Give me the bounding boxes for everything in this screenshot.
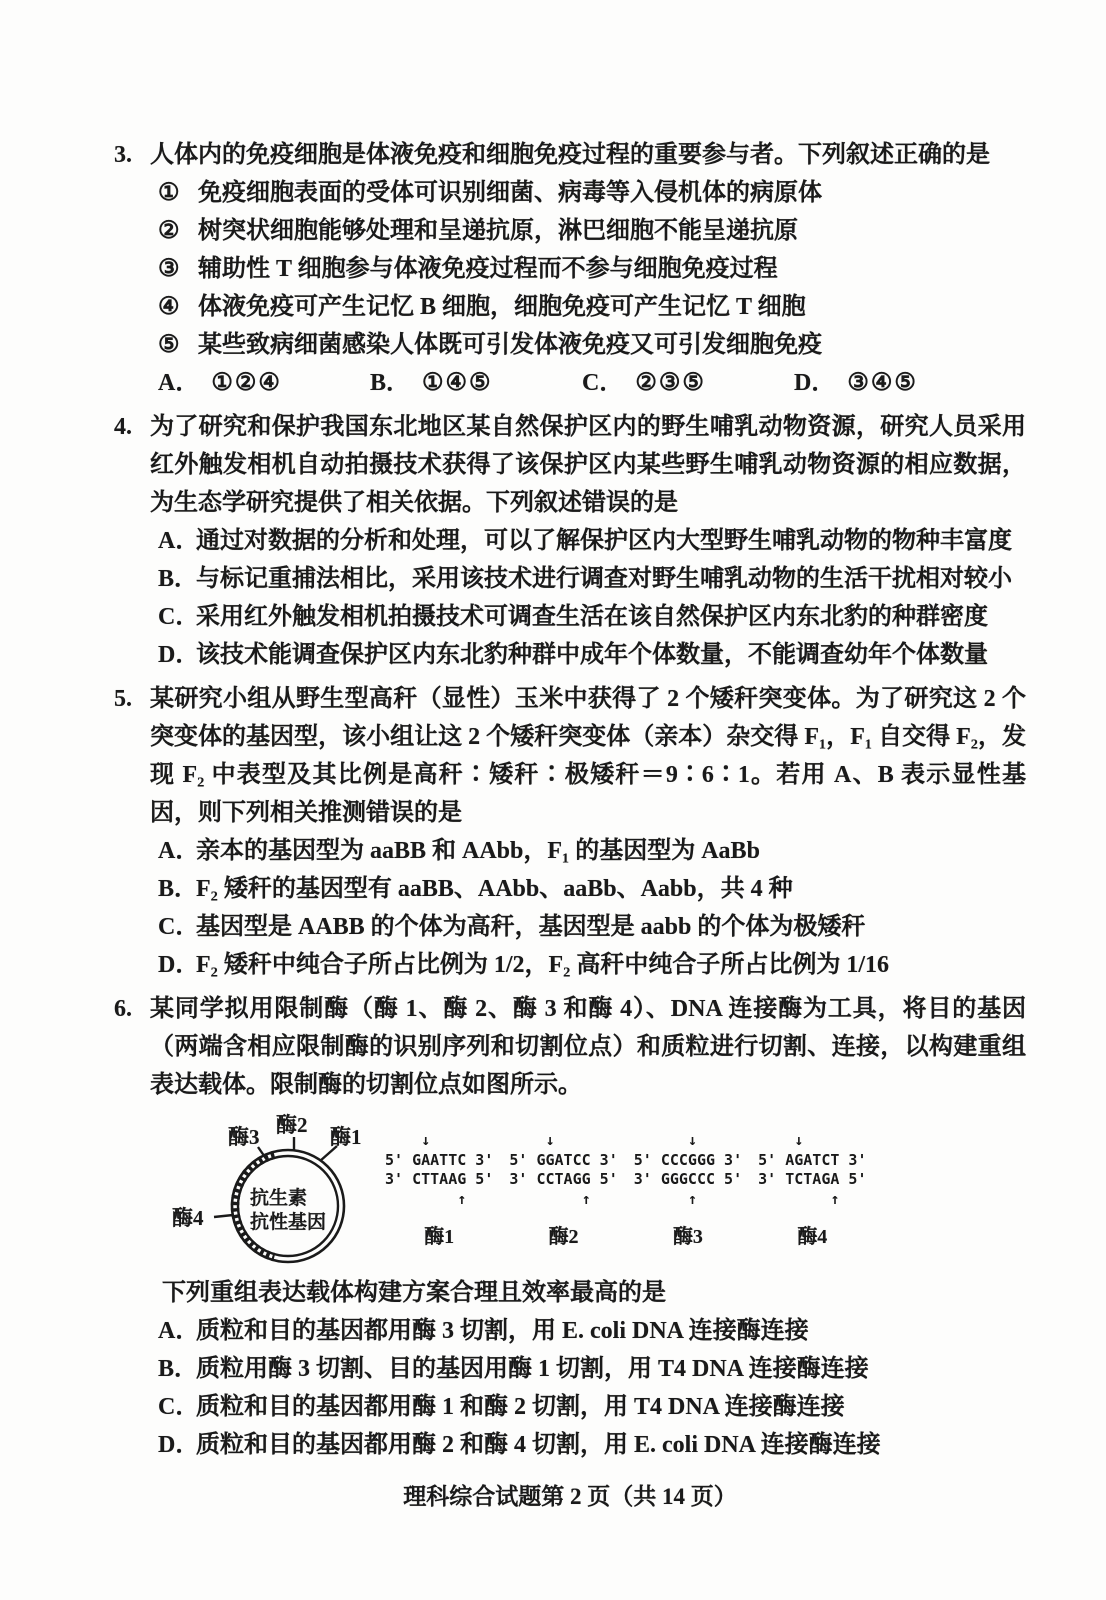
choice-text: 与标记重捕法相比，采用该技术进行调查对野生哺乳动物的生活干扰相对较小 bbox=[196, 560, 1026, 598]
item-text: 辅助性 T 细胞参与体液免疫过程而不参与细胞免疫过程 bbox=[198, 250, 1026, 288]
choice-letter: A． bbox=[158, 522, 196, 560]
choice-text: ③④⑤ bbox=[847, 364, 918, 402]
choice-letter: D． bbox=[158, 636, 196, 674]
enzyme3-site: ↓ 5' CCCGGG 3' 3' GGGCCC 5' ↑ 酶3 bbox=[634, 1130, 742, 1256]
statement-item: ②树突状细胞能够处理和呈递抗原，淋巴细胞不能呈递抗原 bbox=[114, 212, 1026, 250]
plasmid-diagram: 酶3 酶2 酶1 酶4 抗生素 抗性基因 bbox=[170, 1104, 375, 1274]
enzyme3-label: 酶3 bbox=[228, 1125, 260, 1149]
item-marker: ⑤ bbox=[158, 326, 198, 364]
enzyme4-leader-line bbox=[214, 1215, 233, 1217]
cut-site-up-arrow: ↑ bbox=[758, 1189, 866, 1210]
choice-letter: A． bbox=[158, 1312, 196, 1350]
choice-a: A．质粒和目的基因都用酶 3 切割，用 E. coli DNA 连接酶连接 bbox=[114, 1312, 1026, 1350]
cut-site-down-arrow: ↓ bbox=[385, 1130, 493, 1151]
page-footer: 理科综合试题第 2 页（共 14 页） bbox=[114, 1478, 1026, 1516]
choice-letter: C． bbox=[158, 908, 196, 946]
question-stem-text: 为了研究和保护我国东北地区某自然保护区内的野生哺乳动物资源，研究人员采用红外触发… bbox=[150, 408, 1026, 522]
question-3: 3.人体内的免疫细胞是体液免疫和细胞免疫过程的重要参与者。下列叙述正确的是 ①免… bbox=[114, 136, 1026, 402]
enzyme-name: 酶1 bbox=[385, 1218, 493, 1256]
choice-text: 该技术能调查保护区内东北豹种群中成年个体数量，不能调查幼年个体数量 bbox=[196, 636, 1026, 674]
choice-text: F₂ 矮秆的基因型有 aaBB、AAbb、aaBb、Aabb，共 4 种 bbox=[196, 870, 1026, 908]
bottom-strand: 3' TCTAGA 5' bbox=[758, 1170, 866, 1189]
choice-text: 基因型是 AABB 的个体为高秆，基因型是 aabb 的个体为极矮秆 bbox=[196, 908, 1026, 946]
choice-letter: A． bbox=[158, 364, 199, 402]
choice-letter: C． bbox=[158, 598, 196, 636]
question-stem-text: 某研究小组从野生型高秆（显性）玉米中获得了 2 个矮秆突变体。为了研究这 2 个… bbox=[150, 680, 1026, 832]
enzyme-name: 酶3 bbox=[634, 1218, 742, 1256]
choice-text: 质粒和目的基因都用酶 1 和酶 2 切割，用 T4 DNA 连接酶连接 bbox=[196, 1388, 1026, 1426]
choice-letter: A． bbox=[158, 832, 196, 870]
item-marker: ① bbox=[158, 174, 198, 212]
choice-row: A．①②④ B．①④⑤ C．②③⑤ D．③④⑤ bbox=[114, 364, 1026, 402]
choice-text: 通过对数据的分析和处理，可以了解保护区内大型野生哺乳动物的物种丰富度 bbox=[196, 522, 1026, 560]
choice-text: 质粒和目的基因都用酶 3 切割，用 E. coli DNA 连接酶连接 bbox=[196, 1312, 1026, 1350]
choice-letter: D． bbox=[158, 1426, 196, 1464]
item-text: 免疫细胞表面的受体可识别细菌、病毒等入侵机体的病原体 bbox=[198, 174, 1026, 212]
bottom-strand: 3' CTTAAG 5' bbox=[385, 1170, 493, 1189]
cut-site-down-arrow: ↓ bbox=[634, 1130, 742, 1151]
question-6-prompt: 下列重组表达载体构建方案合理且效率最高的是 bbox=[114, 1274, 1026, 1312]
choice-letter: B． bbox=[158, 1350, 196, 1388]
cut-site-down-arrow: ↓ bbox=[758, 1130, 866, 1151]
choice-letter: C． bbox=[582, 364, 623, 402]
choice-d: D．F₂ 矮秆中纯合子所占比例为 1/2，F₂ 高秆中纯合子所占比例为 1/16 bbox=[114, 946, 1026, 984]
enzyme1-label: 酶1 bbox=[330, 1125, 362, 1149]
top-strand: 5' AGATCT 3' bbox=[758, 1151, 866, 1170]
choice-a: A．亲本的基因型为 aaBB 和 AAbb，F₁ 的基因型为 AaBb bbox=[114, 832, 1026, 870]
choice-letter: B． bbox=[158, 870, 196, 908]
choice-text: ②③⑤ bbox=[635, 364, 706, 402]
exam-content: 3.人体内的免疫细胞是体液免疫和细胞免疫过程的重要参与者。下列叙述正确的是 ①免… bbox=[0, 0, 1106, 1516]
choice-letter: D． bbox=[794, 364, 835, 402]
choice-c: C．基因型是 AABB 的个体为高秆，基因型是 aabb 的个体为极矮秆 bbox=[114, 908, 1026, 946]
question-4-stem: 4.为了研究和保护我国东北地区某自然保护区内的野生哺乳动物资源，研究人员采用红外… bbox=[114, 408, 1026, 522]
top-strand: 5' CCCGGG 3' bbox=[634, 1151, 742, 1170]
enzyme2-site: ↓ 5' GGATCC 3' 3' CCTAGG 5' ↑ 酶2 bbox=[509, 1130, 617, 1256]
enzyme2-label: 酶2 bbox=[276, 1113, 308, 1137]
question-number: 3. bbox=[114, 136, 150, 174]
choice-text: F₂ 矮秆中纯合子所占比例为 1/2，F₂ 高秆中纯合子所占比例为 1/16 bbox=[196, 946, 1026, 984]
choice-d: D．质粒和目的基因都用酶 2 和酶 4 切割，用 E. coli DNA 连接酶… bbox=[114, 1426, 1026, 1464]
question-number: 5. bbox=[114, 680, 150, 832]
choice-text: ①②④ bbox=[211, 364, 282, 402]
enzyme4-label: 酶4 bbox=[172, 1206, 204, 1230]
question-6-stem: 6.某同学拟用限制酶（酶 1、酶 2、酶 3 和酶 4）、DNA 连接酶为工具，… bbox=[114, 990, 1026, 1104]
choice-letter: D． bbox=[158, 946, 196, 984]
choice-c: C．采用红外触发相机拍摄技术可调查生活在该自然保护区内东北豹的种群密度 bbox=[114, 598, 1026, 636]
cut-site-up-arrow: ↑ bbox=[509, 1189, 617, 1210]
enzyme-name: 酶4 bbox=[758, 1218, 866, 1256]
enzyme-name: 酶2 bbox=[509, 1218, 617, 1256]
choice-a: A．①②④ bbox=[158, 364, 370, 402]
cut-site-up-arrow: ↑ bbox=[385, 1189, 493, 1210]
resistance-gene-label-line2: 抗性基因 bbox=[250, 1210, 326, 1233]
choice-a: A．通过对数据的分析和处理，可以了解保护区内大型野生哺乳动物的物种丰富度 bbox=[114, 522, 1026, 560]
statement-item: ①免疫细胞表面的受体可识别细菌、病毒等入侵机体的病原体 bbox=[114, 174, 1026, 212]
choice-b: B．质粒用酶 3 切割、目的基因用酶 1 切割，用 T4 DNA 连接酶连接 bbox=[114, 1350, 1026, 1388]
choice-d: D．③④⑤ bbox=[794, 364, 918, 402]
statement-item: ③辅助性 T 细胞参与体液免疫过程而不参与细胞免疫过程 bbox=[114, 250, 1026, 288]
enzyme1-site: ↓ 5' GAATTC 3' 3' CTTAAG 5' ↑ 酶1 bbox=[385, 1130, 493, 1256]
choice-text: 质粒用酶 3 切割、目的基因用酶 1 切割，用 T4 DNA 连接酶连接 bbox=[196, 1350, 1026, 1388]
question-4: 4.为了研究和保护我国东北地区某自然保护区内的野生哺乳动物资源，研究人员采用红外… bbox=[114, 408, 1026, 674]
cut-site-up-arrow: ↑ bbox=[634, 1189, 742, 1210]
item-marker: ② bbox=[158, 212, 198, 250]
enzyme4-site: ↓ 5' AGATCT 3' 3' TCTAGA 5' ↑ 酶4 bbox=[758, 1130, 866, 1256]
choice-text: 质粒和目的基因都用酶 2 和酶 4 切割，用 E. coli DNA 连接酶连接 bbox=[196, 1426, 1026, 1464]
bottom-strand: 3' GGGCCC 5' bbox=[634, 1170, 742, 1189]
item-text: 体液免疫可产生记忆 B 细胞，细胞免疫可产生记忆 T 细胞 bbox=[198, 288, 1026, 326]
item-marker: ④ bbox=[158, 288, 198, 326]
choice-c: C．质粒和目的基因都用酶 1 和酶 2 切割，用 T4 DNA 连接酶连接 bbox=[114, 1388, 1026, 1426]
top-strand: 5' GGATCC 3' bbox=[509, 1151, 617, 1170]
statement-item: ⑤某些致病细菌感染人体既可引发体液免疫又可引发细胞免疫 bbox=[114, 326, 1026, 364]
resistance-gene-label-line1: 抗生素 bbox=[250, 1186, 307, 1209]
question-3-stem: 3.人体内的免疫细胞是体液免疫和细胞免疫过程的重要参与者。下列叙述正确的是 bbox=[114, 136, 1026, 174]
choice-letter: B． bbox=[370, 364, 410, 402]
bottom-strand: 3' CCTAGG 5' bbox=[509, 1170, 617, 1189]
choice-c: C．②③⑤ bbox=[582, 364, 794, 402]
choice-text: ①④⑤ bbox=[422, 364, 493, 402]
choice-text: 采用红外触发相机拍摄技术可调查生活在该自然保护区内东北豹的种群密度 bbox=[196, 598, 1026, 636]
question-stem-text: 某同学拟用限制酶（酶 1、酶 2、酶 3 和酶 4）、DNA 连接酶为工具，将目… bbox=[150, 990, 1026, 1104]
item-text: 树突状细胞能够处理和呈递抗原，淋巴细胞不能呈递抗原 bbox=[198, 212, 1026, 250]
choice-d: D．该技术能调查保护区内东北豹种群中成年个体数量，不能调查幼年个体数量 bbox=[114, 636, 1026, 674]
choice-letter: B． bbox=[158, 560, 196, 598]
question-number: 4. bbox=[114, 408, 150, 522]
question-5: 5.某研究小组从野生型高秆（显性）玉米中获得了 2 个矮秆突变体。为了研究这 2… bbox=[114, 680, 1026, 984]
question-number: 6. bbox=[114, 990, 150, 1104]
question-5-stem: 5.某研究小组从野生型高秆（显性）玉米中获得了 2 个矮秆突变体。为了研究这 2… bbox=[114, 680, 1026, 832]
choice-b: B．与标记重捕法相比，采用该技术进行调查对野生哺乳动物的生活干扰相对较小 bbox=[114, 560, 1026, 598]
choice-b: B．①④⑤ bbox=[370, 364, 582, 402]
restriction-enzyme-figure: 酶3 酶2 酶1 酶4 抗生素 抗性基因 ↓ 5' GAATTC 3' 3' C… bbox=[170, 1104, 1026, 1274]
exam-page: 3.人体内的免疫细胞是体液免疫和细胞免疫过程的重要参与者。下列叙述正确的是 ①免… bbox=[0, 0, 1106, 1600]
recognition-sequences: ↓ 5' GAATTC 3' 3' CTTAAG 5' ↑ 酶1 ↓ 5' GG… bbox=[385, 1104, 867, 1256]
cut-site-down-arrow: ↓ bbox=[509, 1130, 617, 1151]
choice-letter: C． bbox=[158, 1388, 196, 1426]
item-text: 某些致病细菌感染人体既可引发体液免疫又可引发细胞免疫 bbox=[198, 326, 1026, 364]
choice-text: 亲本的基因型为 aaBB 和 AAbb，F₁ 的基因型为 AaBb bbox=[196, 832, 1026, 870]
statement-item: ④体液免疫可产生记忆 B 细胞，细胞免疫可产生记忆 T 细胞 bbox=[114, 288, 1026, 326]
choice-b: B．F₂ 矮秆的基因型有 aaBB、AAbb、aaBb、Aabb，共 4 种 bbox=[114, 870, 1026, 908]
question-stem-text: 人体内的免疫细胞是体液免疫和细胞免疫过程的重要参与者。下列叙述正确的是 bbox=[150, 136, 1026, 174]
item-marker: ③ bbox=[158, 250, 198, 288]
top-strand: 5' GAATTC 3' bbox=[385, 1151, 493, 1170]
question-6: 6.某同学拟用限制酶（酶 1、酶 2、酶 3 和酶 4）、DNA 连接酶为工具，… bbox=[114, 990, 1026, 1464]
